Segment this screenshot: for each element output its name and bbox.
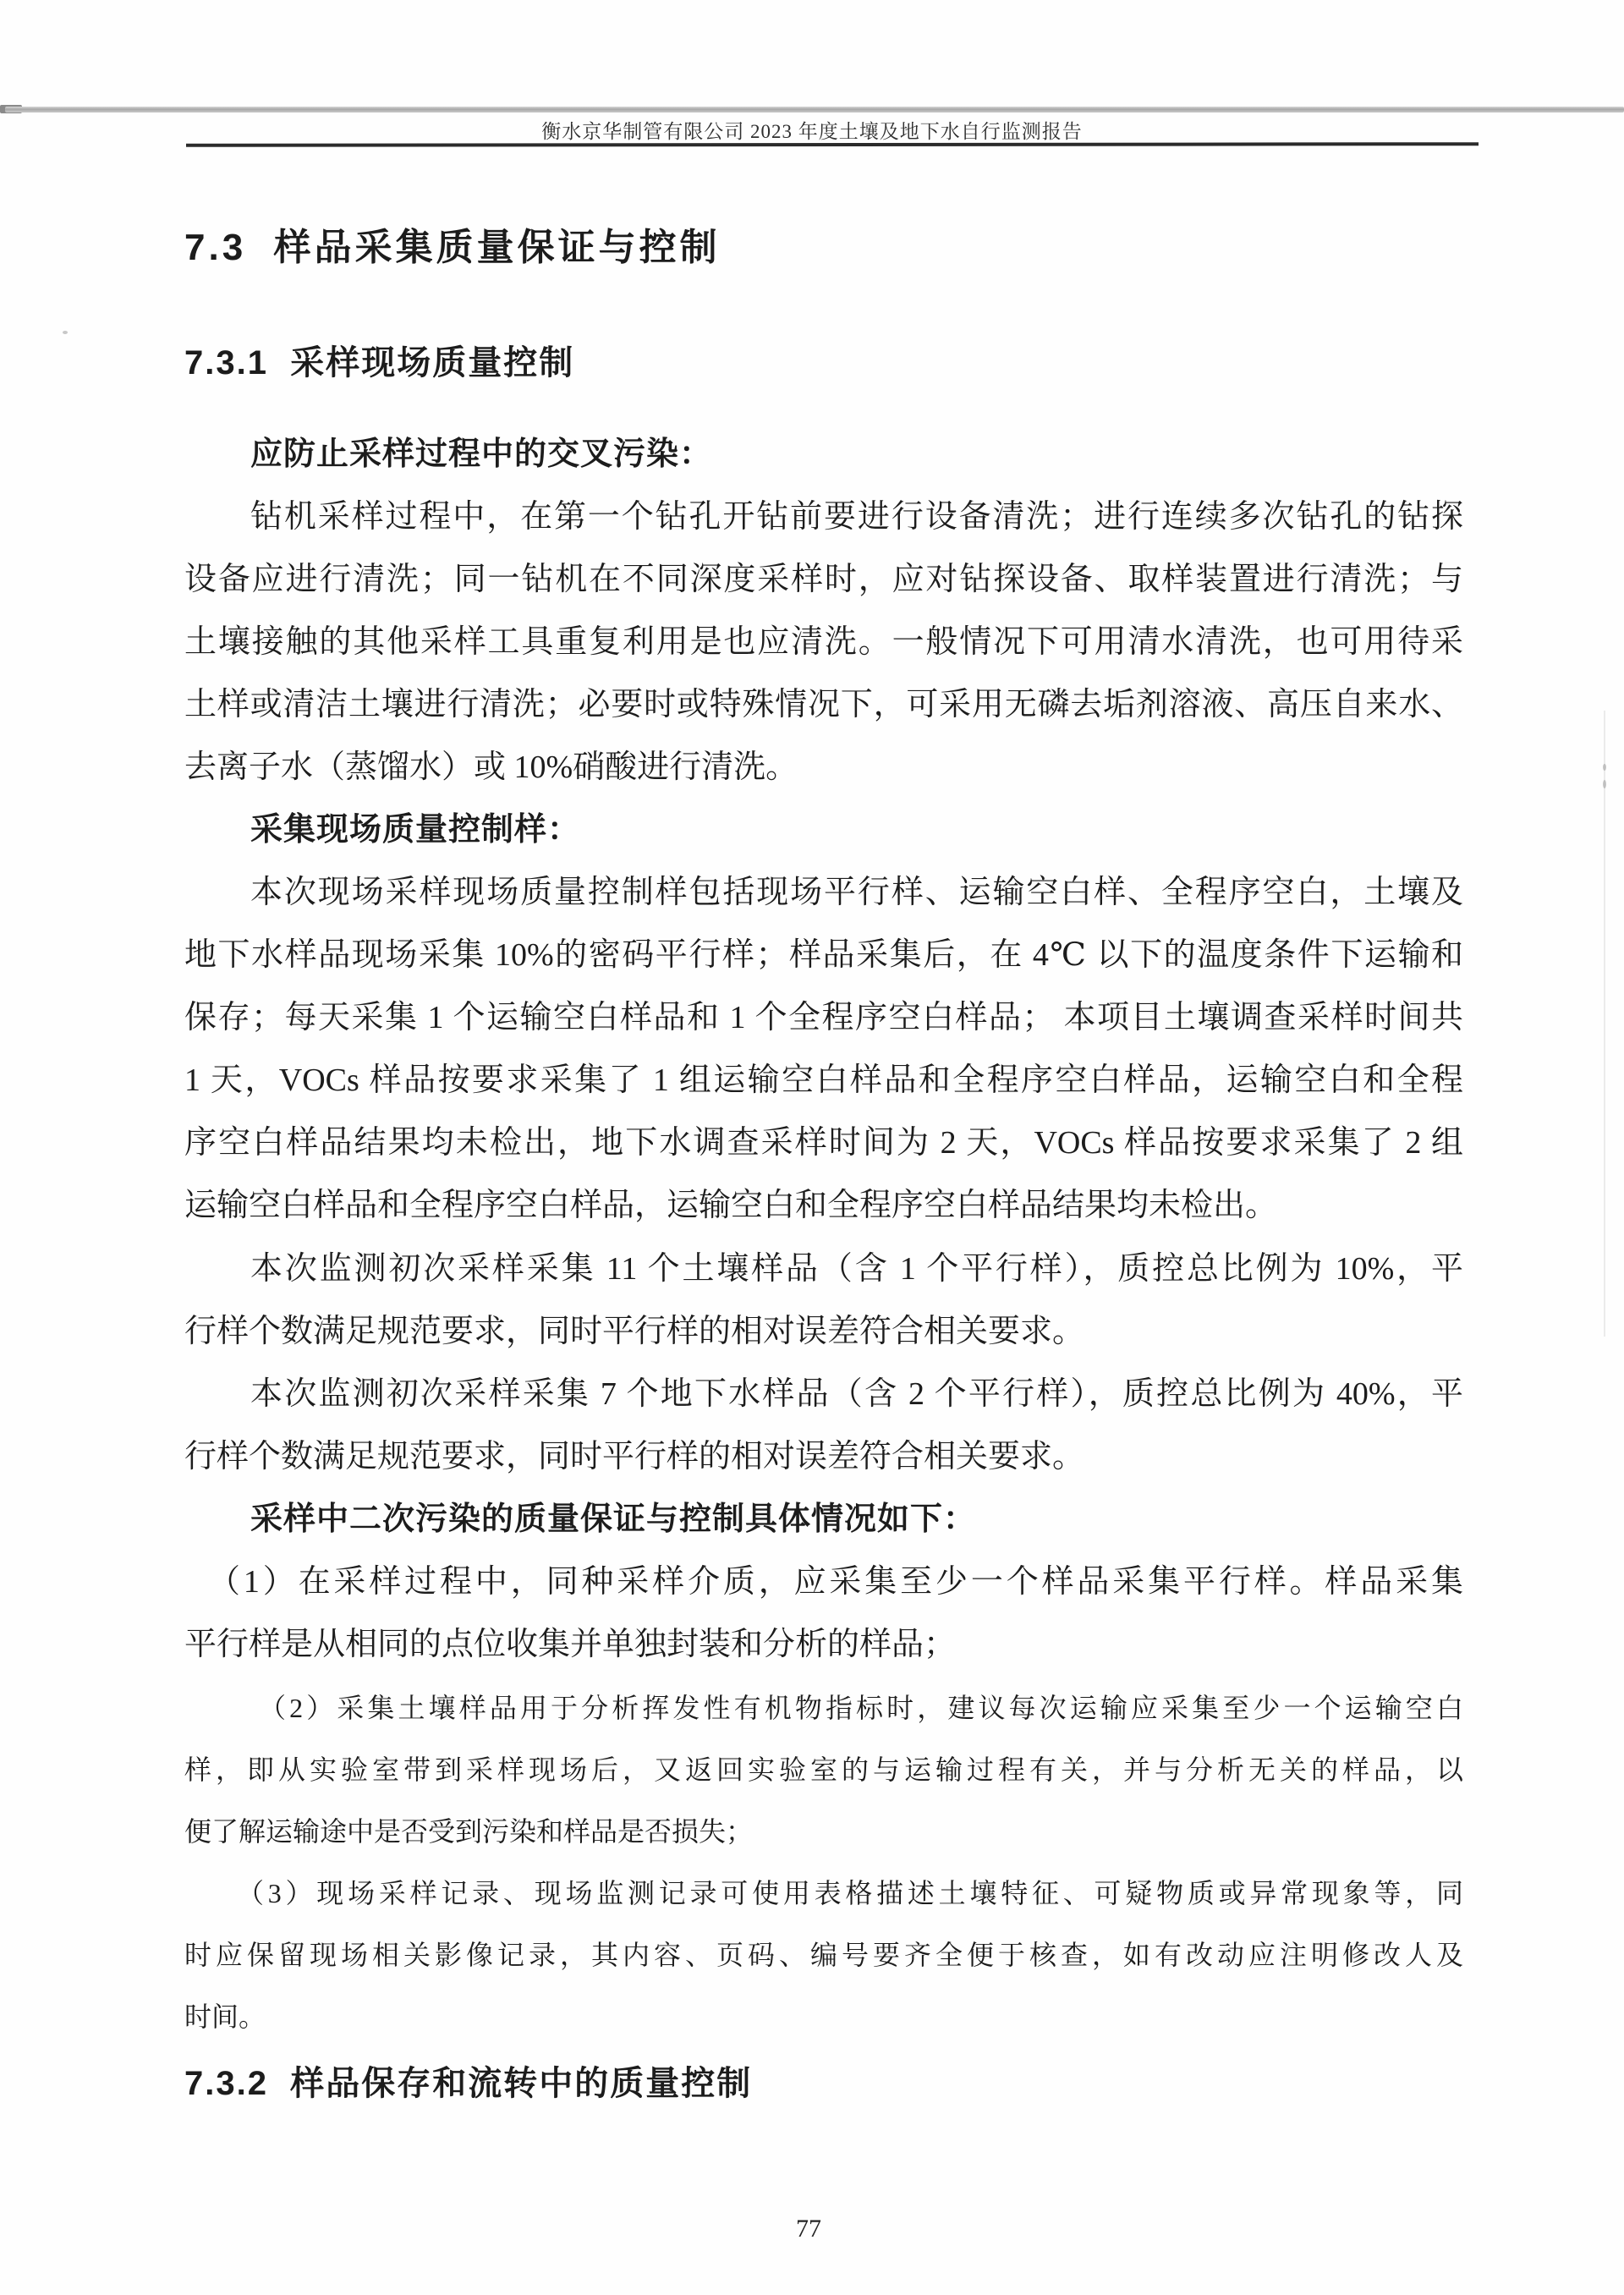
scan-artifact <box>5 107 1624 113</box>
para-line: 本次现场采样现场质量控制样包括现场平行样、运输空白样、全程序空白，土壤及 <box>184 873 1463 912</box>
para-line: 土壤接触的其他采样工具重复利用是也应清洗。一般情况下可用清水清洗，也可用待采 <box>184 623 1463 662</box>
para-line: 时应保留现场相关影像记录，其内容、页码、编号要齐全便于核查，如有改动应注明修改人… <box>184 1935 1463 1974</box>
scan-artifact <box>1604 711 1605 1337</box>
heading-7-3: 7.3 样品采集质量保证与控制 <box>184 225 1463 271</box>
scan-artifact <box>63 331 68 334</box>
para-line: （2）采集土壤样品用于分析挥发性有机物指标时，建议每次运输应采集至少一个运输空白 <box>184 1688 1463 1727</box>
para-line: （3）现场采样记录、现场监测记录可使用表格描述土壤特征、可疑物质或异常现象等，同 <box>184 1874 1463 1913</box>
bold-lead-line: 采集现场质量控制样： <box>184 810 1463 849</box>
document-page: 衡水京华制管有限公司 2023 年度土壤及地下水自行监测报告 7.3 样品采集质… <box>0 0 1624 2295</box>
para-line: 运输空白样品和全程序空白样品，运输空白和全程序空白样品结果均未检出。 <box>184 1186 1463 1225</box>
para-line: 平行样是从相同的点位收集并单独封装和分析的样品； <box>184 1625 1463 1664</box>
para-line: 行样个数满足规范要求，同时平行样的相对误差符合相关要求。 <box>184 1312 1463 1351</box>
para-line: 土样或清洁土壤进行清洗；必要时或特殊情况下，可采用无磷去垢剂溶液、高压自来水、 <box>184 685 1463 724</box>
scan-artifact <box>1603 764 1606 771</box>
scan-artifact <box>1603 780 1606 788</box>
para-line: 去离子水（蒸馏水）或 10%硝酸进行清洗。 <box>184 748 1463 787</box>
bold-lead-line: 应防止采样过程中的交叉污染： <box>184 435 1463 474</box>
para-line: 序空白样品结果均未检出，地下水调查采样时间为 2 天，VOCs 样品按要求采集了… <box>184 1123 1463 1162</box>
page-number: 77 <box>0 2215 1617 2243</box>
para-line: 便了解运输途中是否受到污染和样品是否损失； <box>184 1812 1463 1851</box>
para-line: 本次监测初次采样采集 11 个土壤样品（含 1 个平行样），质控总比例为 10%… <box>184 1249 1463 1288</box>
heading-7-3-1: 7.3.1 采样现场质量控制 <box>184 342 1463 384</box>
para-line: 时间。 <box>184 1997 1463 2036</box>
running-header: 衡水京华制管有限公司 2023 年度土壤及地下水自行监测报告 <box>0 116 1624 144</box>
para-line: 保存；每天采集 1 个运输空白样品和 1 个全程序空白样品； 本项目土壤调查采样… <box>184 998 1463 1037</box>
para-line: 行样个数满足规范要求，同时平行样的相对误差符合相关要求。 <box>184 1437 1463 1476</box>
para-line: 地下水样品现场采集 10%的密码平行样；样品采集后，在 4℃ 以下的温度条件下运… <box>184 936 1463 975</box>
para-line: 样，即从实验室带到采样现场后，又返回实验室的与运输过程有关，并与分析无关的样品，… <box>184 1750 1463 1789</box>
header-divider <box>186 142 1479 147</box>
para-line: （1）在采样过程中，同种采样介质，应采集至少一个样品采集平行样。样品采集 <box>184 1562 1463 1601</box>
para-line: 钻机采样过程中，在第一个钻孔开钻前要进行设备清洗；进行连续多次钻孔的钻探 <box>184 497 1463 536</box>
para-line: 设备应进行清洗；同一钻机在不同深度采样时，应对钻探设备、取样装置进行清洗；与 <box>184 560 1463 599</box>
bold-lead-line: 采样中二次污染的质量保证与控制具体情况如下： <box>184 1500 1463 1539</box>
heading-7-3-2: 7.3.2 样品保存和流转中的质量控制 <box>184 2062 1463 2105</box>
para-line: 1 天，VOCs 样品按要求采集了 1 组运输空白样品和全程序空白样品，运输空白… <box>184 1061 1463 1100</box>
para-line: 本次监测初次采样采集 7 个地下水样品（含 2 个平行样），质控总比例为 40%… <box>184 1375 1463 1414</box>
